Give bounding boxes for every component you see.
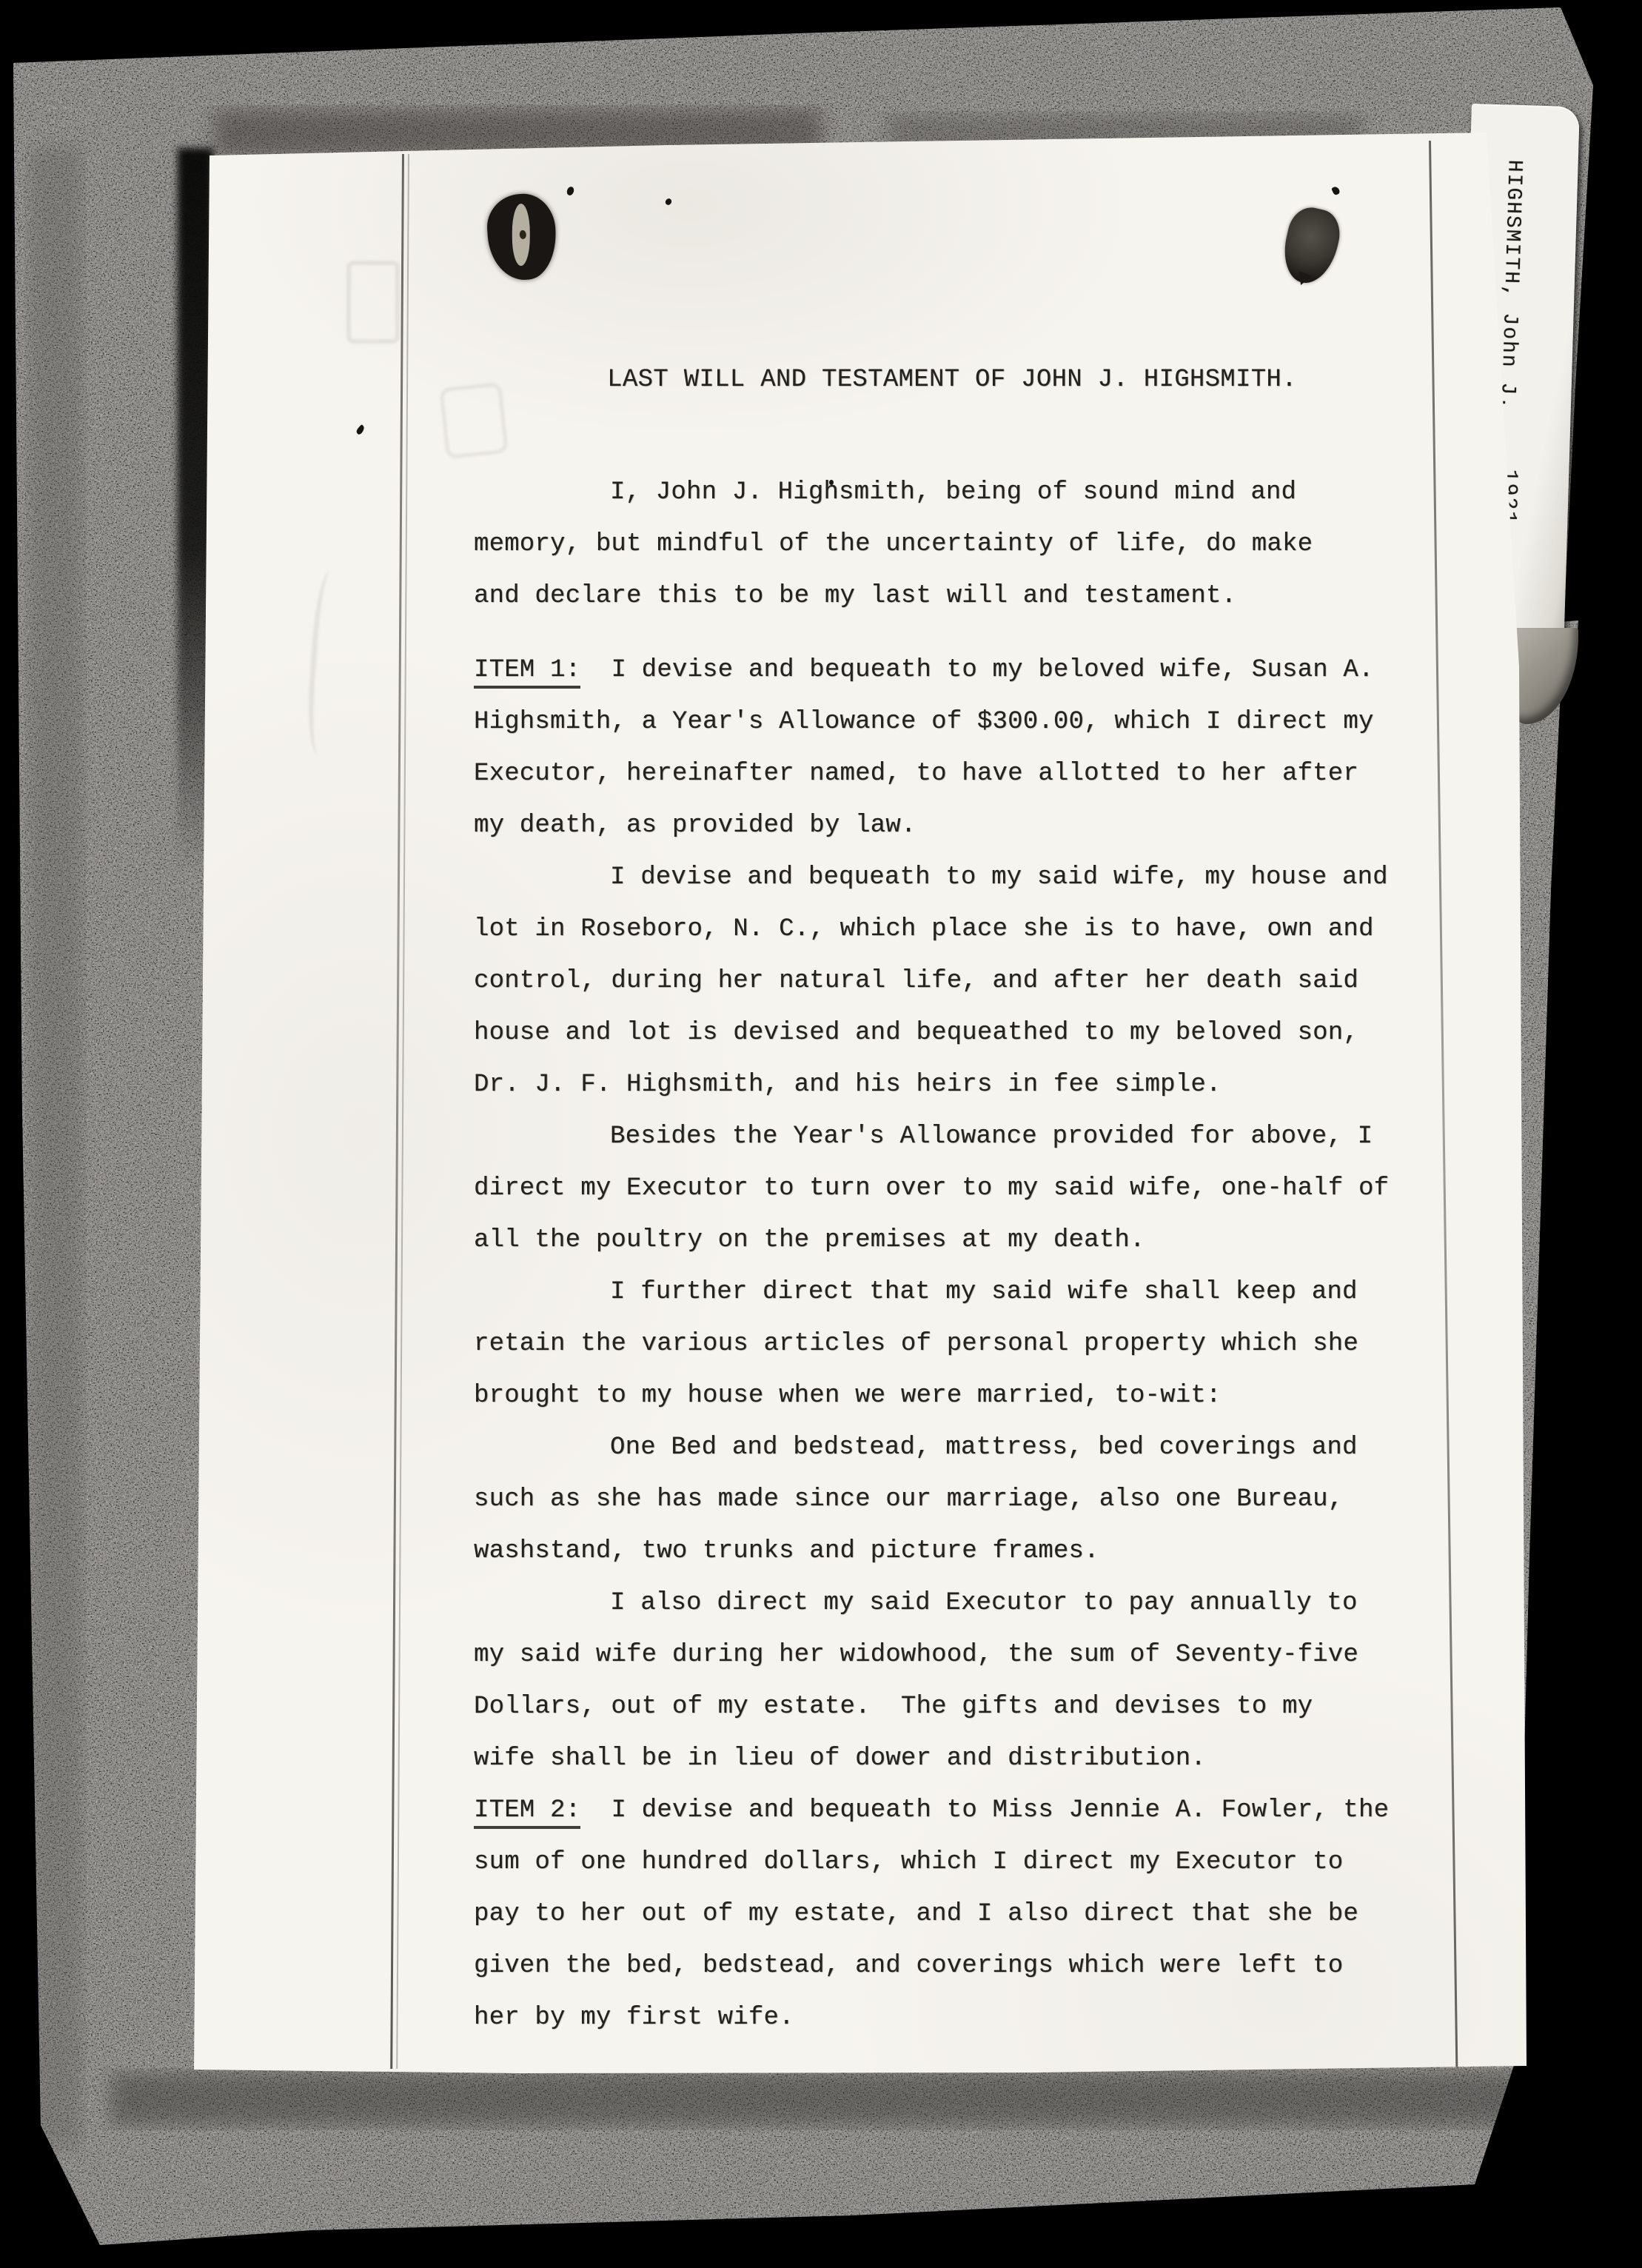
document-body: I, John J. Highsmith, being of sound min… [474, 466, 1481, 2044]
pencil-smudge [346, 261, 400, 344]
text-line: Dollars, out of my estate. The gifts and… [474, 1681, 1481, 1733]
binder-fastener-left [485, 192, 559, 282]
text-line: her by my first wife. [474, 1992, 1481, 2044]
text-line: washstand, two trunks and picture frames… [474, 1525, 1481, 1577]
text-line: sum of one hundred dollars, which I dire… [474, 1836, 1481, 1888]
item-heading: ITEM 2: [474, 1796, 580, 1829]
text-line: given the bed, bedstead, and coverings w… [474, 1940, 1481, 1992]
text-line: direct my Executor to turn over to my sa… [474, 1163, 1481, 1214]
text-line: Executor, hereinafter named, to have all… [474, 748, 1481, 800]
text-line: ITEM 1: I devise and bequeath to my belo… [474, 644, 1481, 696]
text-line: and declare this to be my last will and … [474, 570, 1481, 622]
text-line: my said wife during her widowhood, the s… [474, 1629, 1481, 1681]
text-line: Highsmith, a Year's Allowance of $300.00… [474, 696, 1481, 748]
ink-speck [355, 424, 366, 435]
text-line: I also direct my said Executor to pay an… [474, 1577, 1481, 1629]
text-line: retain the various articles of personal … [474, 1318, 1481, 1370]
text-line: all the poultry on the premises at my de… [474, 1214, 1481, 1266]
text-line: such as she has made since our marriage,… [474, 1473, 1481, 1525]
binder-fastener-right [1277, 203, 1344, 288]
text-line: memory, but mindful of the uncertainty o… [474, 518, 1481, 570]
will-page: LAST WILL AND TESTAMENT OF JOHN J. HIGHS… [0, 0, 1642, 2268]
text-line: One Bed and bedstead, mattress, bed cove… [474, 1422, 1481, 1473]
text-line: brought to my house when we were married… [474, 1370, 1481, 1422]
text-line: I, John J. Highsmith, being of sound min… [474, 466, 1481, 518]
text-line: wife shall be in lieu of dower and distr… [474, 1733, 1481, 1784]
text-line: Besides the Year's Allowance provided fo… [474, 1111, 1481, 1163]
ink-speck [1331, 186, 1341, 196]
ink-speck [566, 186, 575, 196]
text-line: Dr. J. F. Highsmith, and his heirs in fe… [474, 1059, 1481, 1111]
text-line: pay to her out of my estate, and I also … [474, 1888, 1481, 1940]
text-line: I further direct that my said wife shall… [474, 1266, 1481, 1318]
item-heading: ITEM 1: [474, 656, 580, 689]
scanned-will-document: HIGHSMITH, John J. 1921 LAST WILL AND TE… [0, 0, 1642, 2268]
text-line: control, during her natural life, and af… [474, 955, 1481, 1007]
ink-speck [664, 198, 673, 207]
document-title: LAST WILL AND TESTAMENT OF JOHN J. HIGHS… [474, 363, 1430, 397]
text-line: my death, as provided by law. [474, 800, 1481, 852]
text-line: lot in Roseboro, N. C., which place she … [474, 903, 1481, 955]
text-line: house and lot is devised and bequeathed … [474, 1007, 1481, 1059]
text-line: ITEM 2: I devise and bequeath to Miss Je… [474, 1784, 1481, 1836]
text-line: I devise and bequeath to my said wife, m… [474, 852, 1481, 903]
pencil-smudge [304, 569, 351, 757]
